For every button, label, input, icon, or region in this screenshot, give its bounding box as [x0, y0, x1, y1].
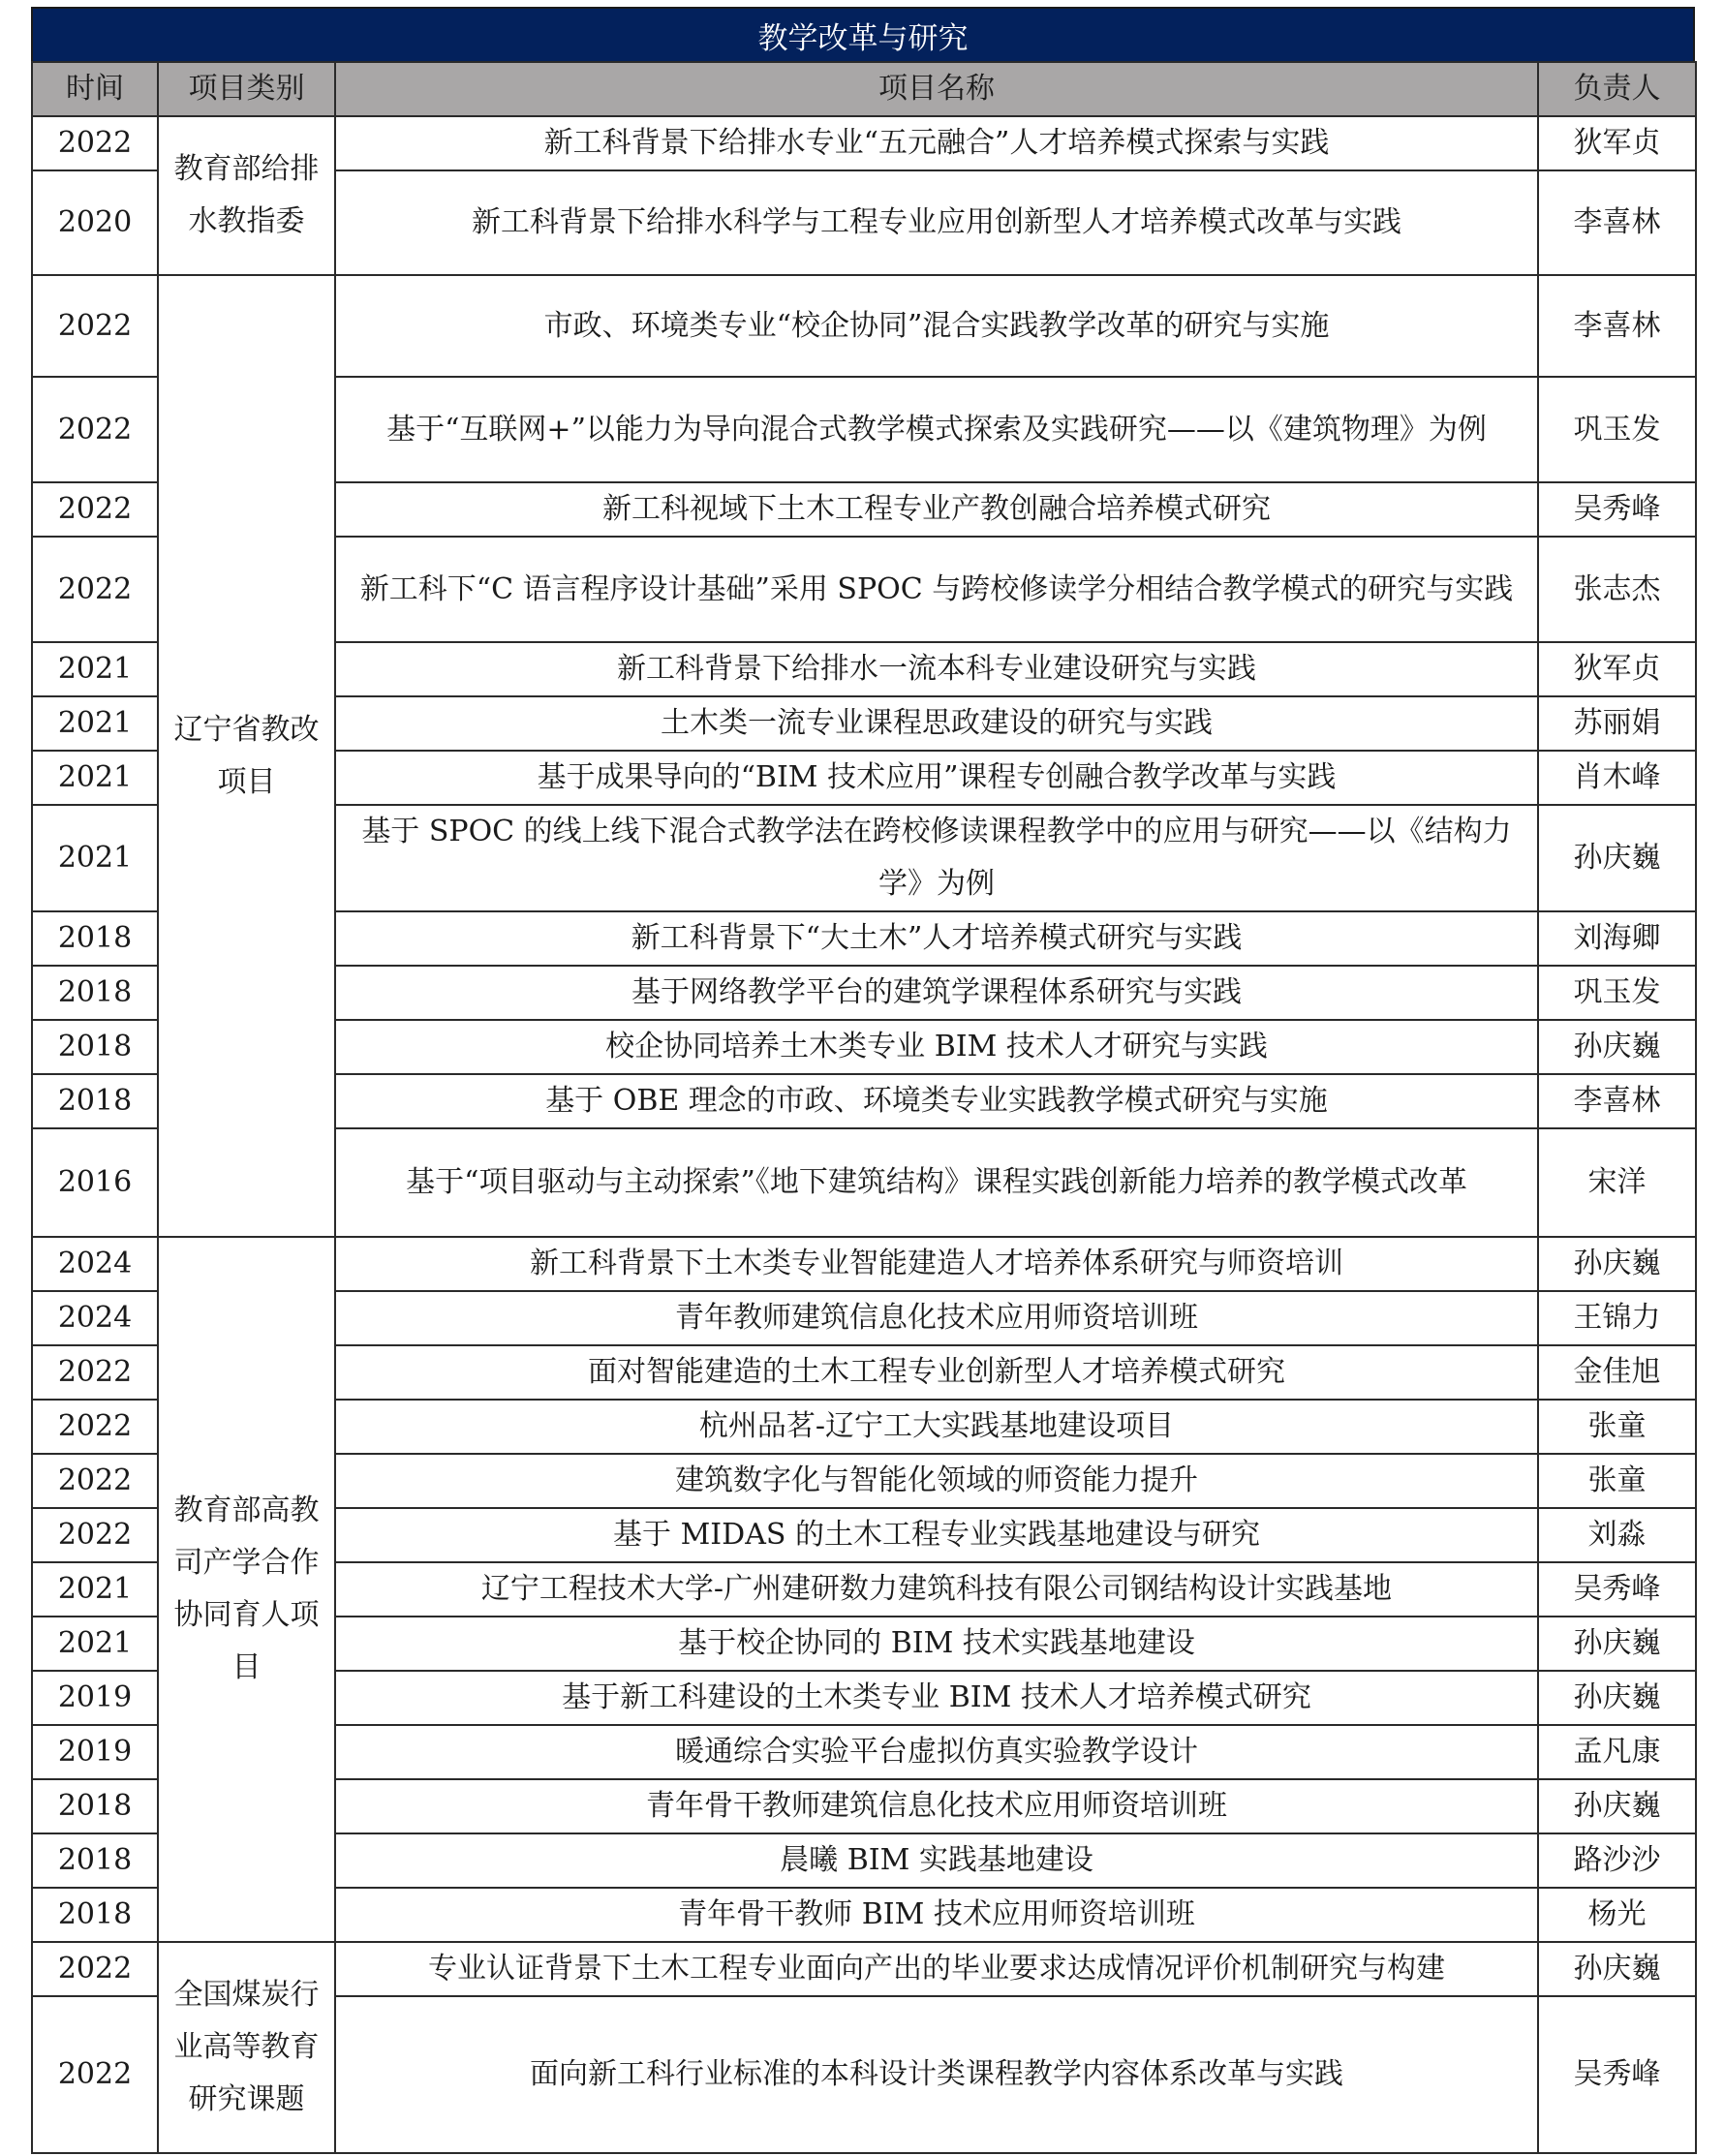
project-name-cell: 晨曦 BIM 实践基地建设: [335, 1833, 1538, 1888]
project-name-cell: 市政、环境类专业“校企协同”混合实践教学改革的研究与实施: [335, 275, 1538, 377]
project-name-cell: 土木类一流专业课程思政建设的研究与实践: [335, 696, 1538, 751]
project-name-cell: 暖通综合实验平台虚拟仿真实验教学设计: [335, 1725, 1538, 1779]
leader-cell: 张志杰: [1538, 537, 1696, 642]
year-cell: 2016: [32, 1128, 158, 1237]
leader-cell: 孙庆巍: [1538, 805, 1696, 911]
table-row: 2024教育部高教司产学合作协同育人项目新工科背景下土木类专业智能建造人才培养体…: [32, 1237, 1696, 1291]
header-category: 项目类别: [158, 62, 335, 116]
year-cell: 2021: [32, 805, 158, 911]
year-cell: 2018: [32, 1020, 158, 1074]
year-cell: 2018: [32, 1074, 158, 1128]
leader-cell: 苏丽娟: [1538, 696, 1696, 751]
project-name-cell: 青年骨干教师建筑信息化技术应用师资培训班: [335, 1779, 1538, 1833]
leader-cell: 巩玉发: [1538, 377, 1696, 482]
year-cell: 2018: [32, 911, 158, 966]
project-name-cell: 校企协同培养土木类专业 BIM 技术人才研究与实践: [335, 1020, 1538, 1074]
year-cell: 2022: [32, 377, 158, 482]
project-name-cell: 青年骨干教师 BIM 技术应用师资培训班: [335, 1888, 1538, 1942]
category-cell: 教育部给排水教指委: [158, 116, 335, 275]
project-name-cell: 建筑数字化与智能化领域的师资能力提升: [335, 1454, 1538, 1508]
leader-cell: 张童: [1538, 1454, 1696, 1508]
year-cell: 2022: [32, 275, 158, 377]
year-cell: 2024: [32, 1291, 158, 1345]
year-cell: 2018: [32, 1833, 158, 1888]
project-name-cell: 辽宁工程技术大学-广州建研数力建筑科技有限公司钢结构设计实践基地: [335, 1562, 1538, 1617]
project-name-cell: 基于成果导向的“BIM 技术应用”课程专创融合教学改革与实践: [335, 751, 1538, 805]
year-cell: 2018: [32, 1888, 158, 1942]
leader-cell: 宋洋: [1538, 1128, 1696, 1237]
project-name-cell: 新工科背景下给排水科学与工程专业应用创新型人才培养模式改革与实践: [335, 170, 1538, 275]
table-row: 2022辽宁省教改项目市政、环境类专业“校企协同”混合实践教学改革的研究与实施李…: [32, 275, 1696, 377]
year-cell: 2021: [32, 1617, 158, 1671]
project-name-cell: 新工科背景下“大土木”人才培养模式研究与实践: [335, 911, 1538, 966]
leader-cell: 孙庆巍: [1538, 1779, 1696, 1833]
project-name-cell: 基于网络教学平台的建筑学课程体系研究与实践: [335, 966, 1538, 1020]
year-cell: 2022: [32, 1996, 158, 2153]
project-name-cell: 新工科背景下给排水专业“五元融合”人才培养模式探索与实践: [335, 116, 1538, 170]
header-year: 时间: [32, 62, 158, 116]
leader-cell: 狄军贞: [1538, 116, 1696, 170]
project-name-cell: 青年教师建筑信息化技术应用师资培训班: [335, 1291, 1538, 1345]
project-name-cell: 基于 OBE 理念的市政、环境类专业实践教学模式研究与实施: [335, 1074, 1538, 1128]
year-cell: 2018: [32, 1779, 158, 1833]
leader-cell: 路沙沙: [1538, 1833, 1696, 1888]
teaching-reform-table: 教学改革与研究 时间 项目类别 项目名称 负责人 2022教育部给排水教指委新工…: [31, 7, 1695, 2154]
project-name-cell: 基于 MIDAS 的土木工程专业实践基地建设与研究: [335, 1508, 1538, 1562]
leader-cell: 刘淼: [1538, 1508, 1696, 1562]
leader-cell: 杨光: [1538, 1888, 1696, 1942]
leader-cell: 吴秀峰: [1538, 1562, 1696, 1617]
leader-cell: 巩玉发: [1538, 966, 1696, 1020]
project-name-cell: 基于校企协同的 BIM 技术实践基地建设: [335, 1617, 1538, 1671]
year-cell: 2022: [32, 1508, 158, 1562]
year-cell: 2021: [32, 696, 158, 751]
leader-cell: 李喜林: [1538, 170, 1696, 275]
category-cell: 全国煤炭行业高等教育研究课题: [158, 1942, 335, 2153]
year-cell: 2022: [32, 1400, 158, 1454]
header-row: 时间 项目类别 项目名称 负责人: [32, 62, 1696, 116]
table-title: 教学改革与研究: [31, 7, 1695, 61]
leader-cell: 张童: [1538, 1400, 1696, 1454]
leader-cell: 吴秀峰: [1538, 1996, 1696, 2153]
project-name-cell: 新工科背景下给排水一流本科专业建设研究与实践: [335, 642, 1538, 696]
year-cell: 2019: [32, 1725, 158, 1779]
leader-cell: 孙庆巍: [1538, 1671, 1696, 1725]
year-cell: 2021: [32, 1562, 158, 1617]
category-cell: 教育部高教司产学合作协同育人项目: [158, 1237, 335, 1942]
leader-cell: 孟凡康: [1538, 1725, 1696, 1779]
leader-cell: 金佳旭: [1538, 1345, 1696, 1400]
project-name-cell: 基于新工科建设的土木类专业 BIM 技术人才培养模式研究: [335, 1671, 1538, 1725]
project-name-cell: 基于“项目驱动与主动探索”《地下建筑结构》课程实践创新能力培养的教学模式改革: [335, 1128, 1538, 1237]
year-cell: 2018: [32, 966, 158, 1020]
project-name-cell: 新工科视域下土木工程专业产教创融合培养模式研究: [335, 482, 1538, 537]
project-name-cell: 专业认证背景下土木工程专业面向产出的毕业要求达成情况评价机制研究与构建: [335, 1942, 1538, 1996]
project-name-cell: 基于“互联网+”以能力为导向混合式教学模式探索及实践研究——以《建筑物理》为例: [335, 377, 1538, 482]
leader-cell: 孙庆巍: [1538, 1020, 1696, 1074]
leader-cell: 吴秀峰: [1538, 482, 1696, 537]
leader-cell: 肖木峰: [1538, 751, 1696, 805]
year-cell: 2022: [32, 1345, 158, 1400]
year-cell: 2022: [32, 537, 158, 642]
leader-cell: 刘海卿: [1538, 911, 1696, 966]
table-row: 2022教育部给排水教指委新工科背景下给排水专业“五元融合”人才培养模式探索与实…: [32, 116, 1696, 170]
project-name-cell: 基于 SPOC 的线上线下混合式教学法在跨校修读课程教学中的应用与研究——以《结…: [335, 805, 1538, 911]
header-name: 项目名称: [335, 62, 1538, 116]
projects-table: 时间 项目类别 项目名称 负责人 2022教育部给排水教指委新工科背景下给排水专…: [31, 61, 1697, 2154]
year-cell: 2021: [32, 751, 158, 805]
leader-cell: 孙庆巍: [1538, 1942, 1696, 1996]
project-name-cell: 新工科下“C 语言程序设计基础”采用 SPOC 与跨校修读学分相结合教学模式的研…: [335, 537, 1538, 642]
project-name-cell: 面对智能建造的土木工程专业创新型人才培养模式研究: [335, 1345, 1538, 1400]
leader-cell: 狄军贞: [1538, 642, 1696, 696]
year-cell: 2022: [32, 482, 158, 537]
table-row: 2022全国煤炭行业高等教育研究课题专业认证背景下土木工程专业面向产出的毕业要求…: [32, 1942, 1696, 1996]
year-cell: 2021: [32, 642, 158, 696]
project-name-cell: 面向新工科行业标准的本科设计类课程教学内容体系改革与实践: [335, 1996, 1538, 2153]
year-cell: 2022: [32, 1942, 158, 1996]
year-cell: 2020: [32, 170, 158, 275]
leader-cell: 李喜林: [1538, 275, 1696, 377]
leader-cell: 李喜林: [1538, 1074, 1696, 1128]
leader-cell: 孙庆巍: [1538, 1237, 1696, 1291]
project-name-cell: 新工科背景下土木类专业智能建造人才培养体系研究与师资培训: [335, 1237, 1538, 1291]
year-cell: 2022: [32, 116, 158, 170]
year-cell: 2019: [32, 1671, 158, 1725]
project-name-cell: 杭州品茗-辽宁工大实践基地建设项目: [335, 1400, 1538, 1454]
year-cell: 2024: [32, 1237, 158, 1291]
year-cell: 2022: [32, 1454, 158, 1508]
leader-cell: 王锦力: [1538, 1291, 1696, 1345]
leader-cell: 孙庆巍: [1538, 1617, 1696, 1671]
category-cell: 辽宁省教改项目: [158, 275, 335, 1237]
header-leader: 负责人: [1538, 62, 1696, 116]
